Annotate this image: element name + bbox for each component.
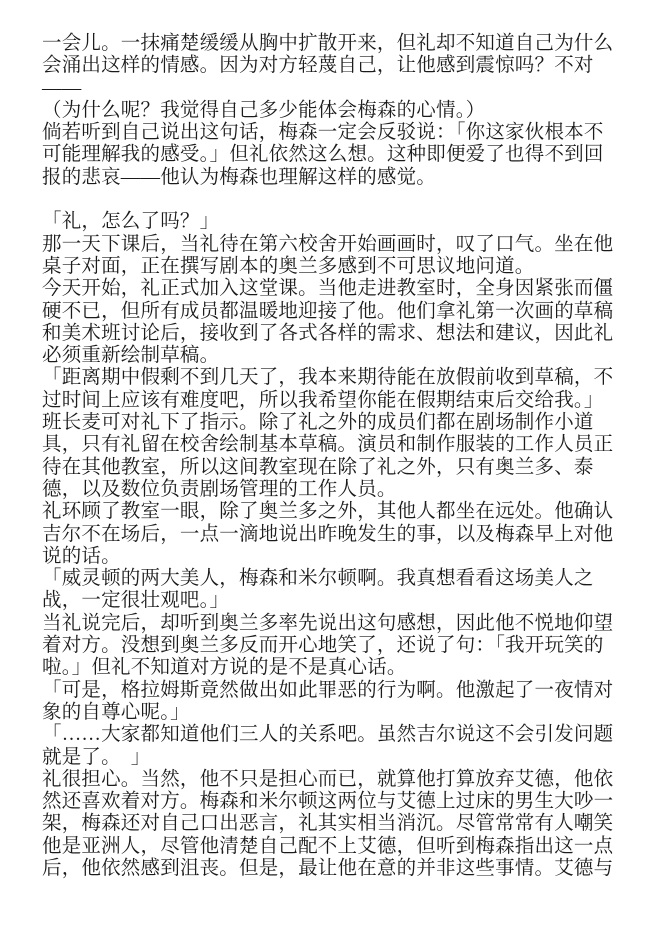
text-line: 象的自尊心呢。」 [42,702,632,724]
text-line: 倘若听到自己说出这句话，梅森一定会反驳说：「你这家伙根本不 [42,122,632,144]
text-block: 一会儿。一抹痛楚缓缓从胸中扩散开来，但礼却不知道自己为什么 会涌出这样的情感。因… [42,33,632,880]
text-line: （为什么呢？我觉得自己多少能体会梅森的心情。） [42,100,632,122]
text-line: 礼很担心。当然，他不只是担心而已，就算他打算放弃艾德，他依 [42,769,632,791]
text-line: 具，只有礼留在校舍绘制基本草稿。演员和制作服装的工作人员正 [42,434,632,456]
text-line: 「威灵顿的两大美人，梅森和米尔顿啊。我真想看看这场美人之 [42,568,632,590]
text-line: 可能理解我的感受。」但礼依然这么想。这种即便爱了也得不到回 [42,144,632,166]
text-line: 当礼说完后，却听到奥兰多率先说出这句感想，因此他不悦地仰望 [42,613,632,635]
text-line: 必须重新绘制草稿。 [42,345,632,367]
text-line: 礼环顾了教室一眼，除了奥兰多之外，其他人都坐在远处。他确认 [42,501,632,523]
text-line: 就是了。 」 [42,747,632,769]
text-line: 那一天下课后，当礼待在第六校舍开始画画时，叹了口气。坐在他 [42,234,632,256]
text-line: 架，梅森还对自己口出恶言，礼其实相当消沉。尽管常常有人嘲笑 [42,813,632,835]
text-line: 「距离期中假剩不到几天了，我本来期待能在放假前收到草稿，不 [42,367,632,389]
text-line: 一会儿。一抹痛楚缓缓从胸中扩散开来，但礼却不知道自己为什么 [42,33,632,55]
text-line: 吉尔不在场后，一点一滴地说出昨晚发生的事，以及梅森早上对他 [42,524,632,546]
text-line: 后，他依然感到沮丧。但是，最让他在意的并非这些事情。艾德与 [42,858,632,880]
text-line: 和美术班讨论后，接收到了各式各样的需求、想法和建议，因此礼 [42,323,632,345]
text-line: 说的话。 [42,546,632,568]
text-line: 「可是，格拉姆斯竟然做出如此罪恶的行为啊。他激起了一夜情对 [42,680,632,702]
text-line: 待在其他教室，所以这间教室现在除了礼之外，只有奥兰多、泰 [42,457,632,479]
text-line: 「……大家都知道他们三人的关系吧。虽然吉尔说这不会引发问题 [42,724,632,746]
text-line: 啦。」但礼不知道对方说的是不是真心话。 [42,657,632,679]
text-line: —— [42,78,632,100]
text-line: 班长麦可对礼下了指示。除了礼之外的成员们都在剧场制作小道 [42,412,632,434]
text-line: 「礼，怎么了吗？」 [42,211,632,233]
text-line: 会涌出这样的情感。因为对方轻蔑自己，让他感到震惊吗？不对 [42,55,632,77]
text-line-blank [42,189,632,211]
text-line: 他是亚洲人，尽管他清楚自己配不上艾德，但听到梅森指出这一点 [42,836,632,858]
text-line: 报的悲哀——他认为梅森也理解这样的感觉。 [42,167,632,189]
page: 一会儿。一抹痛楚缓缓从胸中扩散开来，但礼却不知道自己为什么 会涌出这样的情感。因… [0,0,662,935]
text-line: 战，一定很壮观吧。」 [42,590,632,612]
text-line: 桌子对面，正在撰写剧本的奥兰多感到不可思议地问道。 [42,256,632,278]
text-line: 着对方。没想到奥兰多反而开心地笑了，还说了句：「我开玩笑的 [42,635,632,657]
text-line: 过时间上应该有难度吧，所以我希望你能在假期结束后交给我。」 [42,390,632,412]
text-line: 今天开始，礼正式加入这堂课。当他走进教室时，全身因紧张而僵 [42,278,632,300]
text-line: 德，以及数位负责剧场管理的工作人员。 [42,479,632,501]
text-line: 然还喜欢着对方。梅森和米尔顿这两位与艾德上过床的男生大吵一 [42,791,632,813]
text-line: 硬不已，但所有成员都温暖地迎接了他。他们拿礼第一次画的草稿 [42,301,632,323]
